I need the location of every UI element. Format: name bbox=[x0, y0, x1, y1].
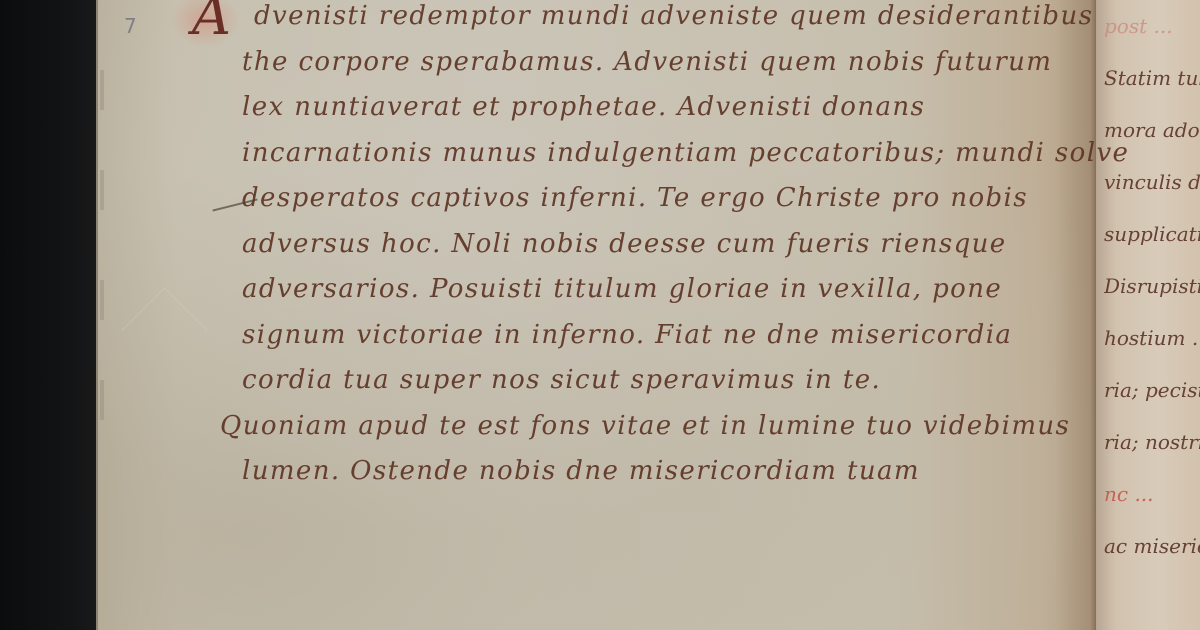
dark-backdrop bbox=[0, 0, 100, 630]
text-line: cordia tua super nos sicut speravimus in… bbox=[242, 358, 1032, 404]
text-line: ac misericordia bbox=[1104, 520, 1200, 572]
ruling-prick bbox=[100, 170, 104, 210]
text-line: Disrupisti a bbox=[1104, 260, 1200, 312]
rubric-line: nc ... bbox=[1104, 468, 1200, 520]
text-line: desperatos captivos inferni. Te ergo Chr… bbox=[242, 176, 1032, 222]
text-line: post ... bbox=[1104, 0, 1200, 52]
text-line: adversarios. Posuisti titulum gloriae in… bbox=[242, 267, 1032, 313]
text-line: lex nuntiaverat et prophetae. Advenisti … bbox=[242, 85, 1032, 131]
ruling-prick bbox=[100, 380, 104, 420]
text-line: supplicatio bbox=[1104, 208, 1200, 260]
text-line: mora ado bbox=[1104, 104, 1200, 156]
ruling-prick bbox=[100, 70, 104, 110]
right-folio-text: post ... Statim tub mora ado vinculis d … bbox=[1104, 0, 1200, 572]
text-line: adversus hoc. Noli nobis deesse cum fuer… bbox=[242, 222, 1032, 268]
folio-number: 7 bbox=[124, 14, 137, 38]
text-line: the corpore sperabamus. Advenisti quem n… bbox=[242, 40, 1032, 86]
left-folio-text: dvenisti redemptor mundi adveniste quem … bbox=[242, 0, 1032, 495]
text-line: signum victoriae in inferno. Fiat ne dne… bbox=[242, 313, 1032, 359]
decorated-initial: A bbox=[192, 0, 231, 47]
text-line: incarnationis munus indulgentiam peccato… bbox=[242, 131, 1032, 177]
text-line: Quoniam apud te est fons vitae et in lum… bbox=[220, 404, 1032, 450]
text-line: ria; nostri bbox=[1104, 416, 1200, 468]
text-line: lumen. Ostende nobis dne misericordiam t… bbox=[242, 449, 1032, 495]
text-line: ria; pecist bbox=[1104, 364, 1200, 416]
ruling-prick bbox=[100, 280, 104, 320]
text-line: vinculis d bbox=[1104, 156, 1200, 208]
text-line: dvenisti redemptor mundi adveniste quem … bbox=[254, 0, 1032, 40]
text-line: Statim tub bbox=[1104, 52, 1200, 104]
text-line: hostium ... bbox=[1104, 312, 1200, 364]
